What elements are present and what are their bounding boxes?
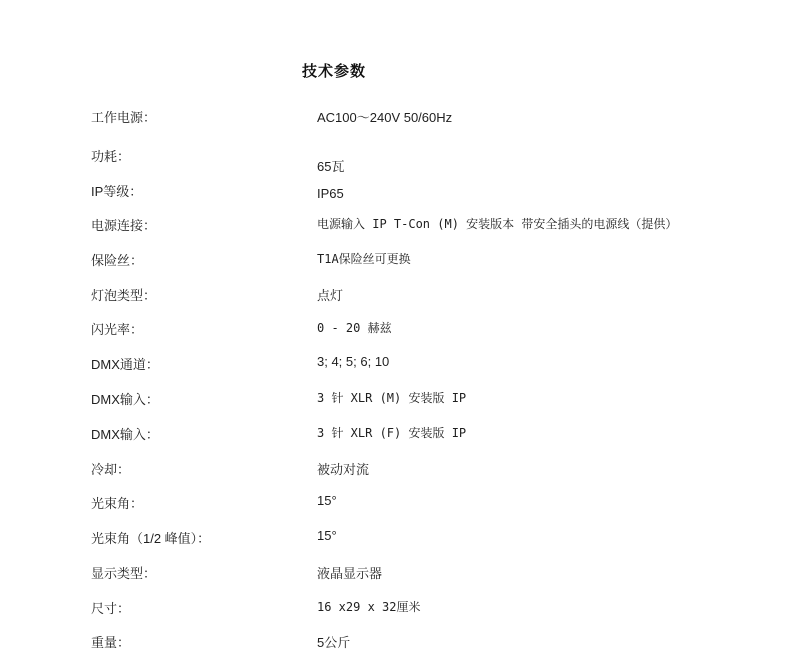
spec-label: 功耗： (91, 146, 130, 165)
spec-value: IP65 (317, 186, 344, 201)
spec-label: DMX输入： (91, 389, 159, 408)
spec-label: 闪光率： (91, 319, 143, 338)
spec-label: 尺寸： (91, 598, 130, 617)
spec-value: 液晶显示器 (317, 563, 382, 582)
spec-value: 0 - 20 赫兹 (317, 319, 392, 336)
spec-value: 被动对流 (317, 459, 369, 478)
spec-label: 显示类型： (91, 563, 156, 582)
spec-value: 电源输入 IP T-Con (M) 安装版本 带安全插头的电源线（提供） (317, 215, 677, 232)
spec-row-cooling: 冷却： 被动对流 (0, 459, 790, 479)
spec-label: DMX通道： (91, 354, 159, 373)
spec-row-working-power: 工作电源： AC100～240V 50/60Hz (0, 107, 790, 127)
spec-label: 重量： (91, 632, 130, 651)
spec-row-flash-rate: 闪光率： 0 - 20 赫兹 (0, 319, 790, 339)
spec-label: 电源连接： (91, 215, 156, 234)
spec-label: 灯泡类型： (91, 285, 156, 304)
spec-label: 工作电源： (91, 107, 156, 126)
spec-row-fuse: 保险丝： T1A保险丝可更换 (0, 250, 790, 270)
spec-value: 5公斤 (317, 632, 350, 651)
spec-value: 15° (317, 493, 337, 508)
spec-value: 16 x29 x 32厘米 (317, 598, 420, 615)
spec-row-weight: 重量： 5公斤 (0, 632, 790, 652)
spec-label: 保险丝： (91, 250, 143, 269)
spec-row-ip-rating: IP等级： IP65 (0, 181, 790, 201)
spec-row-bulb-type: 灯泡类型： 点灯 (0, 285, 790, 305)
spec-value: T1A保险丝可更换 (317, 250, 411, 267)
spec-label: 光束角（1/2 峰值）： (91, 528, 210, 547)
spec-row-dimensions: 尺寸： 16 x29 x 32厘米 (0, 598, 790, 618)
spec-table: 工作电源： AC100～240V 50/60Hz 功耗： 65瓦 IP等级： I… (0, 0, 790, 659)
spec-row-display-type: 显示类型： 液晶显示器 (0, 563, 790, 583)
spec-row-beam-angle: 光束角： 15° (0, 493, 790, 513)
spec-label: 光束角： (91, 493, 143, 512)
spec-row-dmx-input-m: DMX输入： 3 针 XLR (M) 安装版 IP (0, 389, 790, 409)
spec-row-dmx-input-f: DMX输入： 3 针 XLR (F) 安装版 IP (0, 424, 790, 444)
spec-label: IP等级： (91, 181, 142, 200)
spec-value: 3; 4; 5; 6; 10 (317, 354, 389, 369)
spec-value: 3 针 XLR (M) 安装版 IP (317, 389, 466, 406)
spec-row-power-connection: 电源连接： 电源输入 IP T-Con (M) 安装版本 带安全插头的电源线（提… (0, 215, 790, 235)
spec-row-beam-angle-half-peak: 光束角（1/2 峰值）： 15° (0, 528, 790, 548)
spec-value: 65瓦 (317, 156, 344, 175)
spec-row-power-consumption: 功耗： 65瓦 (0, 146, 790, 166)
spec-value: AC100～240V 50/60Hz (317, 107, 452, 126)
spec-value: 点灯 (317, 285, 343, 304)
spec-label: DMX输入： (91, 424, 159, 443)
spec-row-dmx-channels: DMX通道： 3; 4; 5; 6; 10 (0, 354, 790, 374)
spec-label: 冷却： (91, 459, 130, 478)
spec-value: 15° (317, 528, 337, 543)
spec-value: 3 针 XLR (F) 安装版 IP (317, 424, 466, 441)
